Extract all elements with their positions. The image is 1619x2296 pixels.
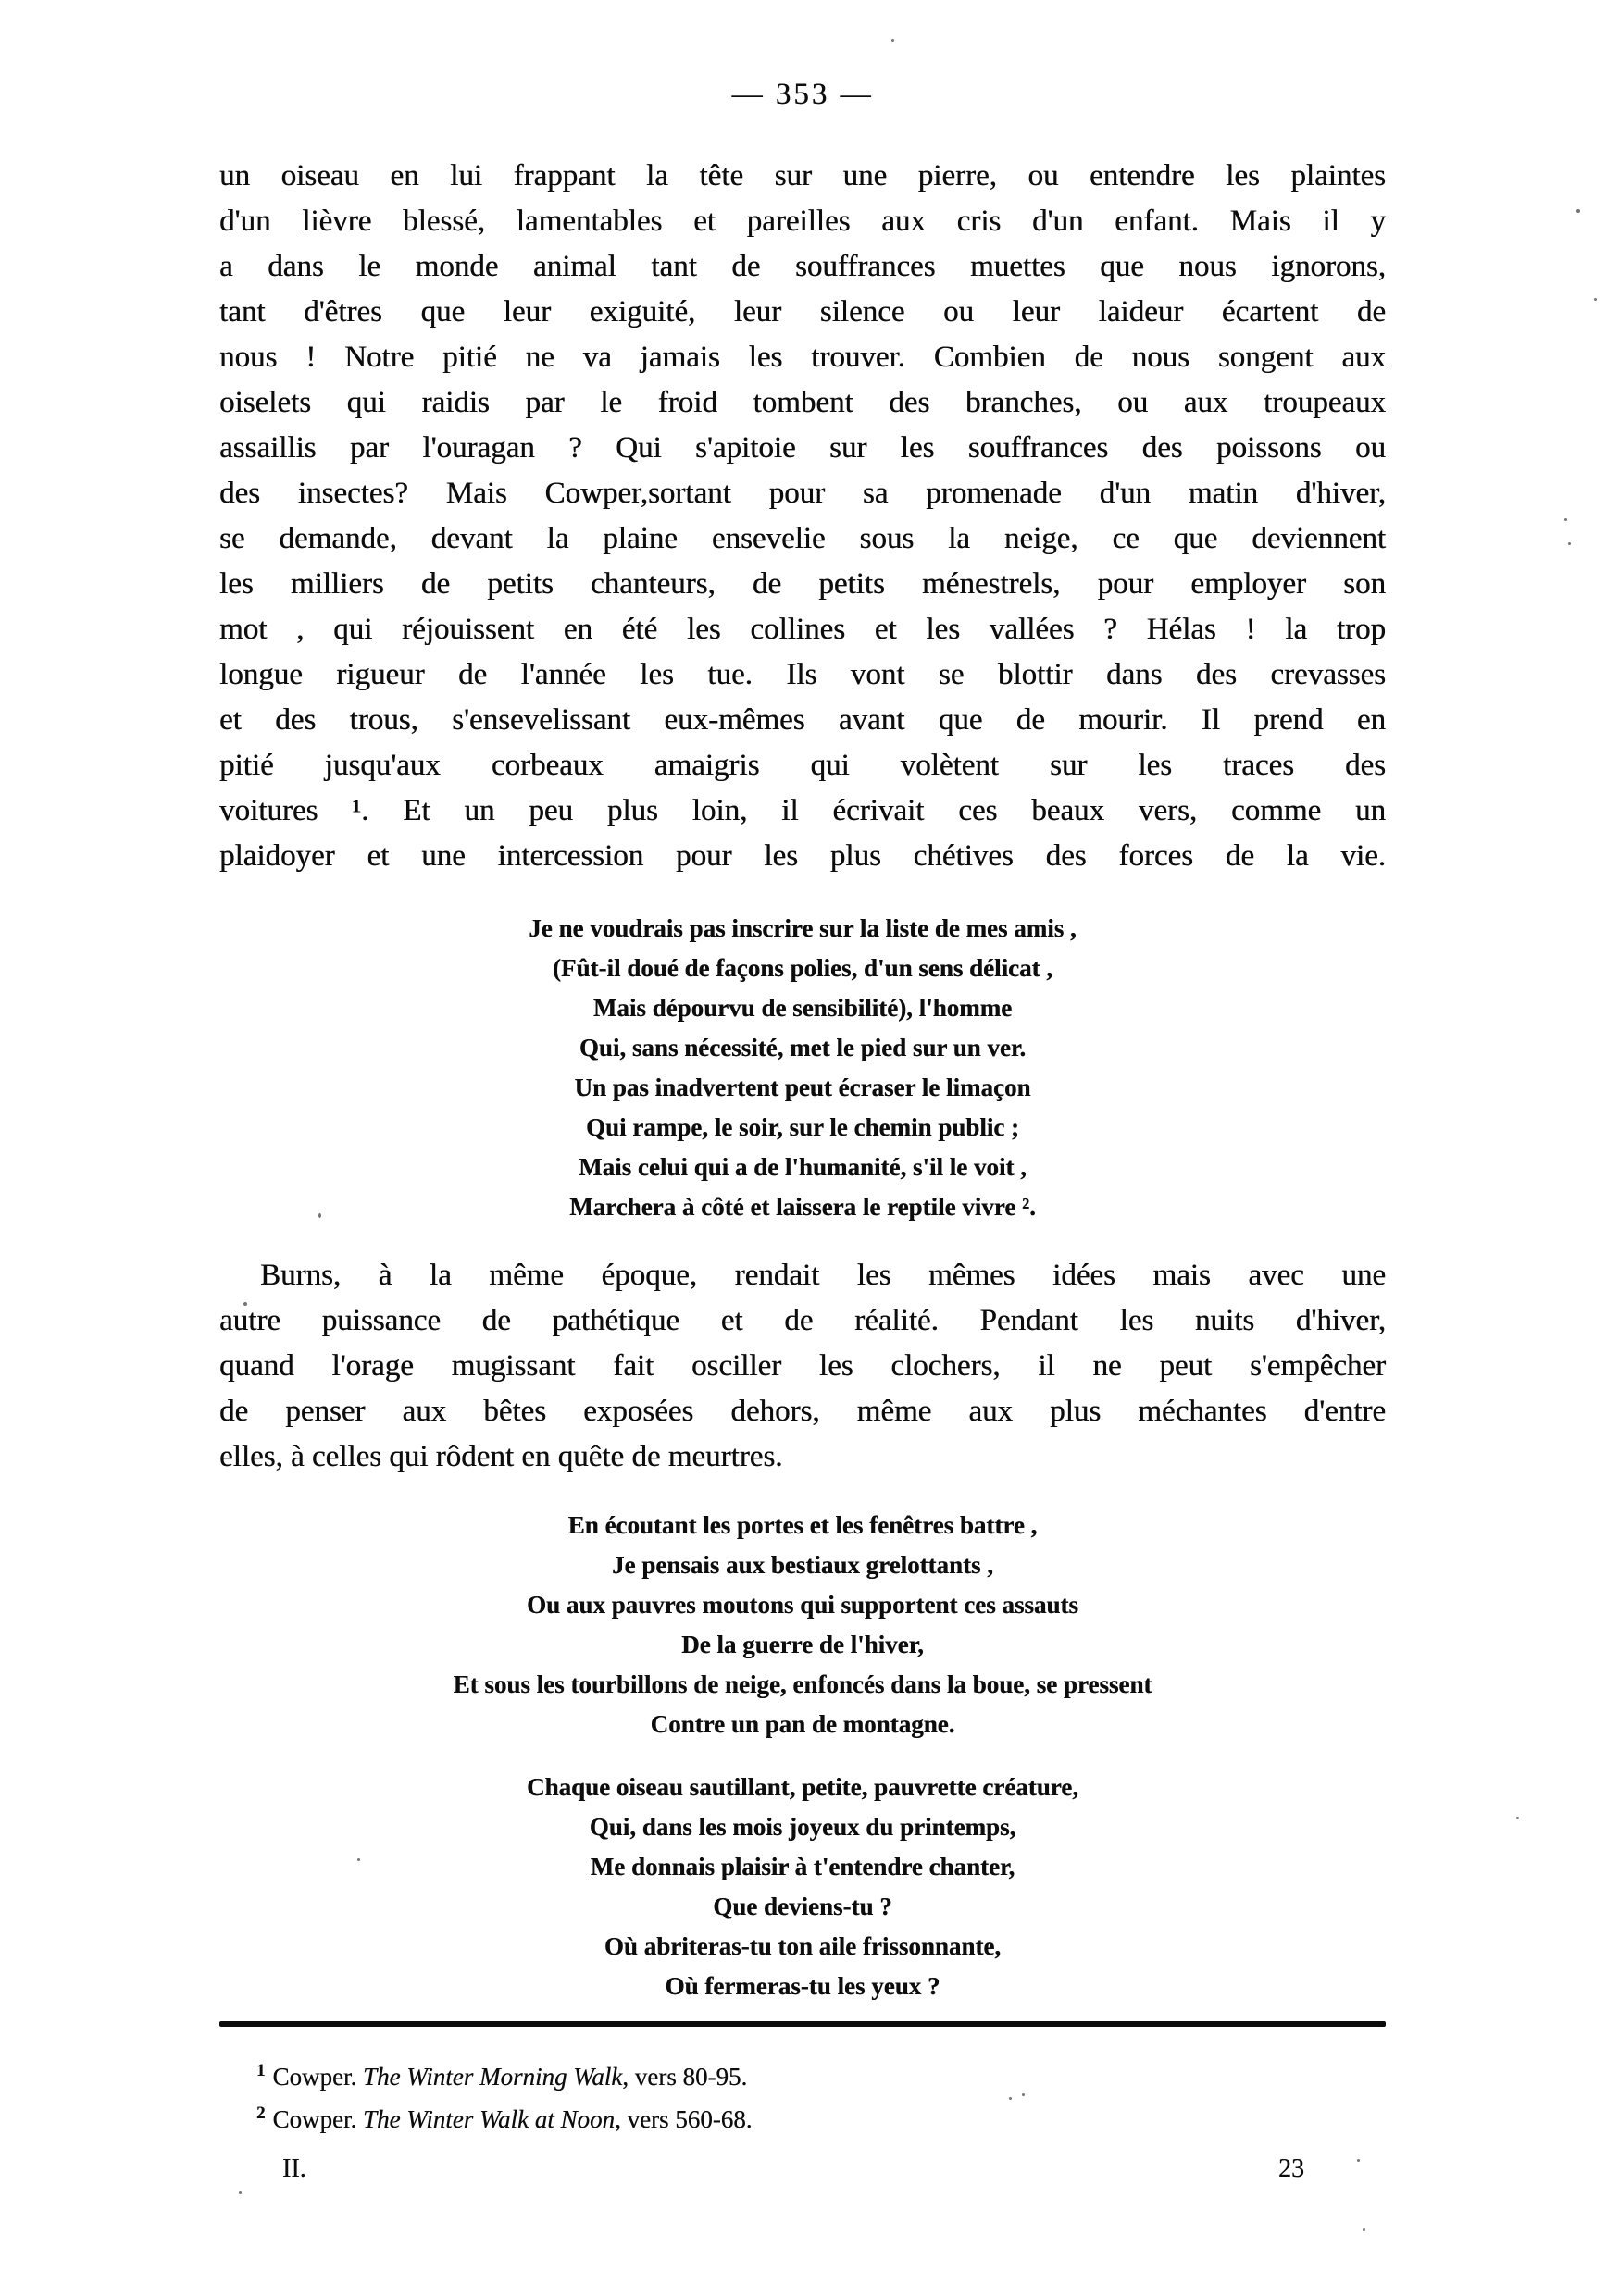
footnote-1-author: Cowper.	[273, 2063, 364, 2091]
text-line: Je ne voudrais pas inscrire sur la liste…	[219, 909, 1386, 949]
footnote-2-author: Cowper.	[273, 2105, 364, 2133]
verse-block-burns-stanza-1: En écoutant les portes et les fenêtres b…	[219, 1506, 1386, 1744]
text-line: De la guerre de l'hiver,	[219, 1625, 1386, 1665]
footnote-2-title: The Winter Walk at Noon	[363, 2105, 615, 2133]
text-column: un oiseau en lui frappant la tête sur un…	[219, 154, 1386, 2184]
volume-signature: II.	[282, 2154, 306, 2184]
text-line: longue rigueur de l'année les tue. Ils v…	[219, 652, 1386, 698]
text-line: Je pensais aux bestiaux grelottants ,	[219, 1545, 1386, 1585]
text-line: assaillis par l'ouragan ? Qui s'apitoie …	[219, 426, 1386, 471]
footnote-2-number: 2	[256, 2104, 266, 2123]
footnote-1: 1Cowper. The Winter Morning Walk, vers 8…	[219, 2053, 1386, 2095]
text-line: se demande, devant la plaine ensevelie s…	[219, 516, 1386, 562]
text-line: quand l'orage mugissant fait osciller le…	[219, 1344, 1386, 1389]
text-line: nous ! Notre pitié ne va jamais les trou…	[219, 335, 1386, 380]
paragraph-burns: Burns, à la même époque, rendait les mêm…	[219, 1253, 1386, 1480]
text-line: Où fermeras-tu les yeux ?	[219, 1967, 1386, 2006]
text-line: Contre un pan de montagne.	[219, 1705, 1386, 1744]
text-line: Burns, à la même époque, rendait les mêm…	[219, 1253, 1386, 1298]
text-line: En écoutant les portes et les fenêtres b…	[219, 1506, 1386, 1545]
text-line: Me donnais plaisir à t'entendre chanter,	[219, 1847, 1386, 1887]
footnote-2-ref: , vers 560-68.	[615, 2105, 752, 2133]
scan-speck	[1594, 298, 1597, 301]
scan-speck	[1564, 518, 1567, 521]
text-line: elles, à celles qui rôdent en quête de m…	[219, 1434, 1386, 1480]
signature-row: II. 23	[219, 2154, 1386, 2184]
text-line: Que deviens-tu ?	[219, 1887, 1386, 1927]
text-line: Et sous les tourbillons de neige, enfonc…	[219, 1665, 1386, 1705]
scan-speck	[1357, 2159, 1360, 2162]
text-line: Marchera à côté et laissera le reptile v…	[219, 1187, 1386, 1227]
text-line: d'un lièvre blessé, lamentables et parei…	[219, 199, 1386, 244]
book-page: — 353 — un oiseau en lui frappant la têt…	[0, 0, 1619, 2296]
text-line: plaidoyer et une intercession pour les p…	[219, 834, 1386, 879]
scan-speck	[1576, 209, 1580, 213]
scan-speck	[243, 1302, 247, 1306]
footnotes: 1Cowper. The Winter Morning Walk, vers 8…	[219, 2053, 1386, 2138]
text-line: de penser aux bêtes exposées dehors, mêm…	[219, 1389, 1386, 1434]
text-line: des insectes? Mais Cowper,sortant pour s…	[219, 471, 1386, 516]
text-line: a dans le monde animal tant de souffranc…	[219, 244, 1386, 290]
text-line: (Fût-il doué de façons polies, d'un sens…	[219, 949, 1386, 988]
verse-block-cowper-quote: Je ne voudrais pas inscrire sur la liste…	[219, 909, 1386, 1227]
footnote-1-ref: , vers 80-95.	[622, 2063, 747, 2091]
scan-speck	[1009, 2097, 1012, 2100]
text-line: Mais dépourvu de sensibilité), l'homme	[219, 988, 1386, 1028]
scan-speck	[891, 39, 894, 42]
footnote-1-number: 1	[256, 2061, 266, 2080]
text-line: et des trous, s'ensevelissant eux-mêmes …	[219, 698, 1386, 743]
scan-speck	[318, 1213, 321, 1218]
scan-speck	[1363, 2228, 1365, 2231]
text-line: oiselets qui raidis par le froid tombent…	[219, 380, 1386, 426]
scan-speck	[239, 2191, 242, 2194]
scan-speck	[1516, 1817, 1519, 1819]
text-line: voitures ¹. Et un peu plus loin, il écri…	[219, 788, 1386, 834]
text-line: Qui, sans nécessité, met le pied sur un …	[219, 1028, 1386, 1068]
text-line: un oiseau en lui frappant la tête sur un…	[219, 154, 1386, 199]
text-line: pitié jusqu'aux corbeaux amaigris qui vo…	[219, 743, 1386, 788]
text-line: Mais celui qui a de l'humanité, s'il le …	[219, 1148, 1386, 1187]
text-line: Qui rampe, le soir, sur le chemin public…	[219, 1108, 1386, 1148]
verse-block-burns-stanza-2: Chaque oiseau sautillant, petite, pauvre…	[219, 1768, 1386, 2006]
text-line: Ou aux pauvres moutons qui supportent ce…	[219, 1585, 1386, 1625]
text-line: Qui, dans les mois joyeux du printemps,	[219, 1807, 1386, 1847]
scan-speck	[357, 1858, 360, 1861]
text-line: Où abriteras-tu ton aile frissonnante,	[219, 1927, 1386, 1967]
footnote-2: 2Cowper. The Winter Walk at Noon, vers 5…	[219, 2095, 1386, 2138]
text-line: mot , qui réjouissent en été les colline…	[219, 607, 1386, 652]
text-line: tant d'êtres que leur exiguité, leur sil…	[219, 290, 1386, 335]
footnote-1-title: The Winter Morning Walk	[363, 2063, 622, 2091]
sheet-signature: 23	[1278, 2154, 1304, 2184]
paragraph-cowper: un oiseau en lui frappant la tête sur un…	[219, 154, 1386, 879]
scan-speck	[1568, 542, 1571, 545]
text-line: autre puissance de pathétique et de réal…	[219, 1298, 1386, 1344]
text-line: les milliers de petits chanteurs, de pet…	[219, 562, 1386, 607]
text-line: Chaque oiseau sautillant, petite, pauvre…	[219, 1768, 1386, 1807]
page-number: — 353 —	[219, 78, 1386, 112]
scan-speck	[1022, 2093, 1025, 2096]
footnote-divider	[219, 2021, 1386, 2027]
text-line: Un pas inadvertent peut écraser le limaç…	[219, 1068, 1386, 1108]
